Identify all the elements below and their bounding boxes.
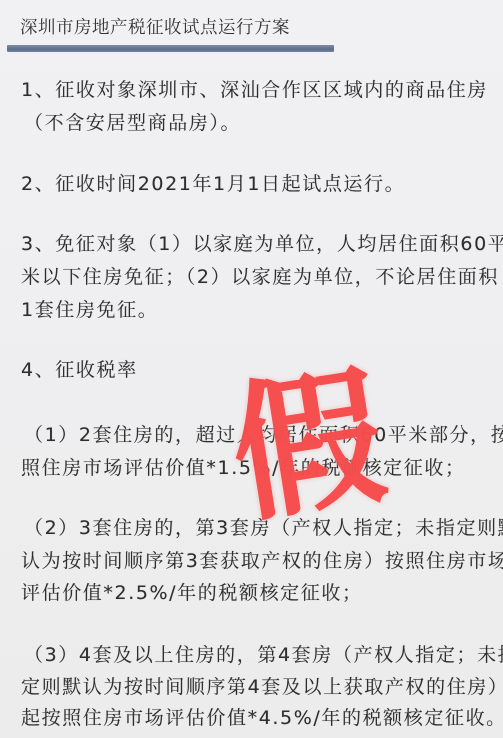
title-underline-bar — [7, 45, 334, 52]
document-title: 深圳市房地产税征收试点运行方案 — [20, 14, 290, 39]
section-heading: 4、征收税率 — [21, 355, 138, 382]
text-line: 2、征收时间2021年1月1日起试点运行。 — [21, 169, 405, 196]
text-line: （2）3套住房的，第3套房（产权人指定；未指定则默 — [24, 513, 503, 540]
document-page: 深圳市房地产税征收试点运行方案 1、征收对象深圳市、深汕合作区区域内的商品住房 … — [0, 0, 503, 738]
text-line: 起按照住房市场评估价值*4.5%/年的税额核定征收。 — [21, 703, 503, 730]
text-line: 照住房市场评估价值*1.5%/年的税额核定征收； — [21, 453, 466, 480]
text-line: 定则默认为按时间顺序第4套及以上获取产权的住房） — [21, 672, 503, 699]
text-line: 1、征收对象深圳市、深汕合作区区域内的商品住房 — [21, 75, 488, 102]
text-line: （3）4套及以上住房的，第4套房（产权人指定；未指 — [24, 640, 503, 667]
text-line: 3、免征对象（1）以家庭为单位，人均居住面积60平 — [21, 229, 503, 256]
text-line: 评估价值*2.5%/年的税额核定征收； — [21, 578, 363, 605]
text-line: 认为按时间顺序第3套获取产权的住房）按照住房市场 — [21, 546, 503, 573]
text-line: （不含安居型商品房）。 — [24, 108, 241, 135]
text-line: （1）2套住房的，超过人均居住面积60平米部分，按 — [24, 420, 503, 447]
text-line: 1套住房免征。 — [21, 295, 158, 322]
text-line: 米以下住房免征；（2）以家庭为单位，不论居住面积 — [21, 262, 499, 289]
